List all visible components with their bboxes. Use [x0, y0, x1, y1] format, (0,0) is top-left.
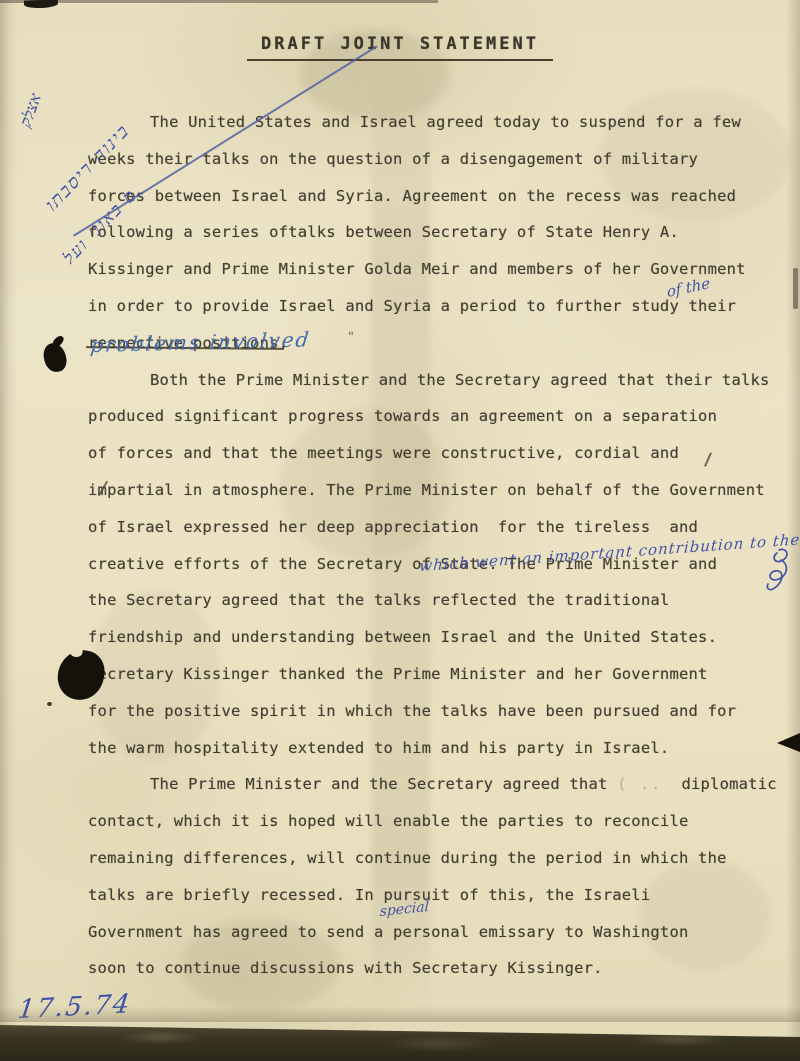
- typed-line: The United States and Israel agreed toda…: [88, 104, 788, 141]
- scan-corner-mark: [24, 0, 58, 9]
- paper-left-edge-shadow: [0, 0, 18, 1061]
- ink-speck: [47, 702, 52, 706]
- typed-segment: The Prime Minister and the Secretary agr…: [150, 775, 617, 793]
- scan-top-edge-line: [0, 0, 438, 3]
- typed-line: impartial in atmosphere. The Prime Minis…: [88, 472, 788, 509]
- typed-segment: diplomatic: [662, 775, 776, 793]
- ink-scribble-initials-icon: [758, 546, 796, 598]
- typed-line: talks are briefly recessed. In pursuit o…: [88, 877, 788, 914]
- scan-band-shadow: [0, 1006, 800, 1022]
- typed-line: friendship and understanding between Isr…: [88, 619, 788, 656]
- typed-line: produced significant progress towards an…: [88, 398, 788, 435]
- typed-line: remaining differences, will continue dur…: [88, 840, 788, 877]
- stray-typed-mark: ": [348, 330, 354, 345]
- typed-line: the warm hospitality extended to him and…: [88, 730, 788, 767]
- typed-line: for the positive spirit in which the tal…: [88, 693, 788, 730]
- typed-line: the Secretary agreed that the talks refl…: [88, 582, 788, 619]
- typed-line-with-erasure: The Prime Minister and the Secretary agr…: [88, 766, 788, 803]
- typed-line: soon to continue discussions with Secret…: [88, 950, 788, 987]
- ink-blot-notch: [69, 645, 84, 658]
- hebrew-annotation-line: אצלק: [16, 90, 46, 131]
- erased-text: ( ..: [617, 775, 662, 793]
- page-title: DRAFT JOINT STATEMENT: [247, 34, 553, 61]
- scanned-document-page: DRAFT JOINT STATEMENT The United States …: [0, 0, 800, 1061]
- scan-edge-band: [0, 1018, 800, 1061]
- typed-line: forces between Israel and Syria. Agreeme…: [88, 178, 788, 215]
- typed-line: Secretary Kissinger thanked the Prime Mi…: [88, 656, 788, 693]
- scan-right-edge-mark: [793, 268, 798, 309]
- typed-line: following a series oftalks between Secre…: [88, 214, 788, 251]
- typed-line: Both the Prime Minister and the Secretar…: [88, 362, 788, 399]
- typed-line: Government has agreed to send a personal…: [88, 914, 788, 951]
- typed-line: contact, which it is hoped will enable t…: [88, 803, 788, 840]
- document-header: DRAFT JOINT STATEMENT: [0, 34, 800, 61]
- typed-line: of forces and that the meetings were con…: [88, 435, 788, 472]
